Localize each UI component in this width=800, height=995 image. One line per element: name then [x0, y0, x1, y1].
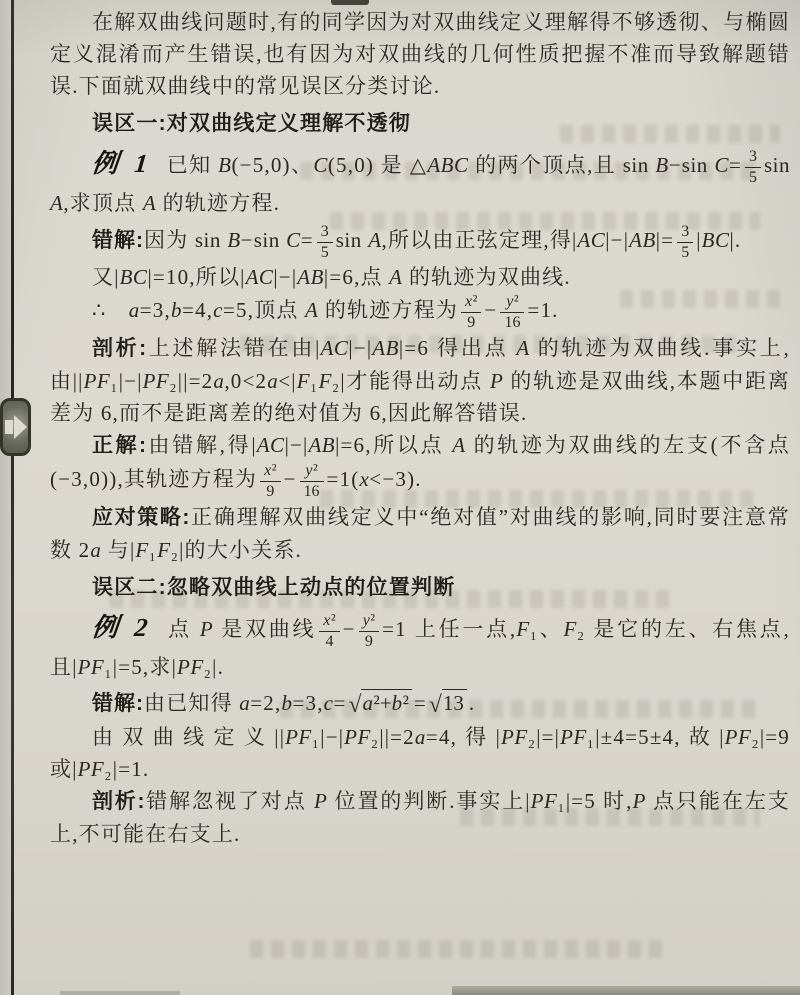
math-variable: A	[305, 298, 318, 322]
arrow-right-icon	[5, 415, 27, 439]
text-paragraph: 错解:因为 sin B−sin C=35sin A,所以由正弦定理,得|AC|−…	[50, 223, 790, 262]
math-variable: B	[218, 153, 231, 177]
page-edge-strip	[0, 0, 11, 995]
math-variable: x	[323, 612, 331, 629]
math-variable: a	[129, 298, 140, 322]
math-fraction: x²4	[319, 612, 339, 651]
math-variable: A	[516, 336, 529, 360]
math-variable: F	[135, 538, 148, 562]
math-fraction: y²9	[359, 612, 379, 651]
math-sqrt: √a²+b²	[349, 687, 412, 721]
math-variable: A	[368, 228, 381, 252]
math-fraction: y²16	[500, 293, 524, 332]
math-variable: c	[324, 691, 334, 715]
math-variable: A	[389, 265, 402, 289]
math-variable: F	[297, 369, 310, 393]
math-variable: AB	[629, 228, 656, 252]
math-variable: A	[452, 433, 465, 457]
text-paragraph: 在解双曲线问题时,有的同学因为对双曲线定义理解得不够透彻、与椭圆定义混淆而产生错…	[50, 6, 790, 102]
math-function: sin	[336, 228, 362, 252]
example-badge: 例 1	[90, 148, 154, 180]
math-variable: AC	[257, 433, 285, 457]
math-variable: PF	[285, 725, 312, 749]
text-paragraph: 正解:由错解,得|AC|−|AB|=6,所以点 A 的轨迹为双曲线的左支(不含点…	[50, 429, 790, 501]
math-variable: y	[363, 612, 371, 629]
math-variable: AB	[308, 433, 335, 457]
math-variable: AB	[297, 265, 324, 289]
math-variable: C	[714, 153, 729, 177]
math-variable: a	[415, 725, 426, 749]
bold-prefix: 错解:	[92, 692, 144, 715]
math-function: sin	[623, 153, 649, 177]
math-variable: b	[281, 691, 292, 715]
bold-prefix: 剖析:	[92, 337, 147, 360]
math-variable: P	[200, 617, 213, 641]
book-page: 在解双曲线问题时,有的同学因为对双曲线定义理解得不够透彻、与椭圆定义混淆而产生错…	[0, 0, 800, 995]
math-variable: a	[362, 691, 373, 715]
math-sqrt: √13	[429, 687, 467, 721]
text-paragraph: 应对策略:正确理解双曲线定义中“绝对值”对曲线的影响,同时要注意常数 2a 与|…	[50, 501, 790, 566]
math-variable: F	[516, 617, 529, 641]
math-function: sin	[764, 153, 790, 177]
bleedthrough-artifact	[250, 940, 670, 958]
math-variable: AB	[372, 336, 399, 360]
math-variable: PF	[501, 725, 528, 749]
bold-prefix: 正解:	[92, 434, 147, 457]
page-spine-line	[11, 0, 14, 995]
section-heading: 误区一:对双曲线定义理解不透彻	[50, 108, 790, 140]
page-marker-icon	[0, 398, 31, 456]
math-function: sin	[682, 153, 708, 177]
math-variable: PF	[84, 369, 111, 393]
bold-prefix: 应对策略:	[92, 506, 190, 529]
math-variable: F	[157, 538, 170, 562]
math-variable: P	[314, 789, 327, 813]
math-function: sin	[195, 228, 221, 252]
math-variable: y	[305, 462, 313, 479]
scan-edge-artifact-top	[331, 0, 369, 5]
math-variable: b	[392, 691, 403, 715]
math-function: sin	[254, 228, 280, 252]
page-content: 在解双曲线问题时,有的同学因为对双曲线定义理解得不够透彻、与椭圆定义混淆而产生错…	[50, 6, 790, 850]
text-paragraph: 由双曲线定义||PF₁|−|PF₂||=2a=4,得|PF₂|=|PF₁|±4=…	[50, 721, 790, 785]
math-variable: AC	[246, 265, 274, 289]
math-variable: y	[506, 293, 514, 310]
math-variable: PF	[531, 789, 558, 813]
math-variable: F	[319, 369, 332, 393]
math-fraction: x²9	[461, 293, 481, 332]
example-badge: 例 2	[90, 612, 154, 644]
math-variable: x	[359, 467, 369, 491]
math-variable: PF	[78, 655, 105, 679]
math-variable: AC	[321, 336, 349, 360]
scan-edge-artifact-speck	[60, 991, 180, 995]
text-paragraph: 又|BC|=10,所以|AC|−|AB|=6,点 A 的轨迹为双曲线.	[50, 261, 790, 293]
bold-prefix: 剖析:	[92, 790, 145, 813]
math-variable: P	[490, 369, 503, 393]
math-variable: AC	[577, 228, 605, 252]
math-variable: a	[239, 691, 250, 715]
math-variable: PF	[143, 369, 170, 393]
math-variable: x	[264, 462, 272, 479]
text-paragraph: ∴ a=3,b=4,c=5,顶点 A 的轨迹方程为x²9−y²16=1.	[50, 293, 790, 332]
math-variable: A	[143, 191, 156, 215]
math-variable: B	[655, 153, 668, 177]
math-variable: x	[465, 293, 473, 310]
math-variable: PF	[78, 757, 105, 781]
math-variable: A	[50, 191, 63, 215]
example-paragraph: 例 2点 P 是双曲线x²4−y²9=1 上任一点,F₁、F₂ 是它的左、右焦点…	[50, 612, 790, 683]
math-variable: a	[213, 369, 224, 393]
section-heading: 误区二:忽略双曲线上动点的位置判断	[50, 572, 790, 604]
bold-prefix: 错解:	[92, 229, 144, 252]
scan-edge-artifact-bottom	[452, 986, 800, 995]
math-variable: PF	[177, 655, 204, 679]
math-variable: C	[286, 228, 301, 252]
math-fraction: 35	[317, 223, 333, 262]
math-variable: PF	[344, 725, 371, 749]
math-variable: PF	[725, 725, 752, 749]
math-variable: B	[227, 228, 240, 252]
math-variable: BC	[702, 228, 730, 252]
math-variable: a	[90, 538, 101, 562]
text-paragraph: 剖析:错解忽视了对点 P 位置的判断.事实上|PF₁|=5 时,P 点只能在左支…	[50, 785, 790, 850]
math-variable: F	[564, 617, 577, 641]
math-variable: BC	[120, 265, 148, 289]
math-variable: ABC	[427, 153, 468, 177]
text-paragraph: 剖析:上述解法错在由|AC|−|AB|=6 得出点 A 的轨迹为双曲线.事实上,…	[50, 332, 790, 429]
math-fraction: 35	[677, 223, 693, 262]
text-paragraph: 错解:由已知得 a=2,b=3,c=√a²+b²=√13.	[50, 687, 790, 721]
math-variable: PF	[560, 725, 587, 749]
math-variable: a	[267, 369, 278, 393]
example-paragraph: 例 1已知 B(−5,0)、C(5,0) 是 △ABC 的两个顶点,且 sin …	[50, 148, 790, 219]
math-fraction: y²16	[300, 462, 324, 501]
math-variable: c	[213, 298, 223, 322]
math-variable: P	[633, 789, 646, 813]
math-variable: b	[171, 298, 182, 322]
math-fraction: 35	[745, 148, 761, 187]
math-fraction: x²9	[260, 462, 280, 501]
math-variable: C	[313, 153, 328, 177]
